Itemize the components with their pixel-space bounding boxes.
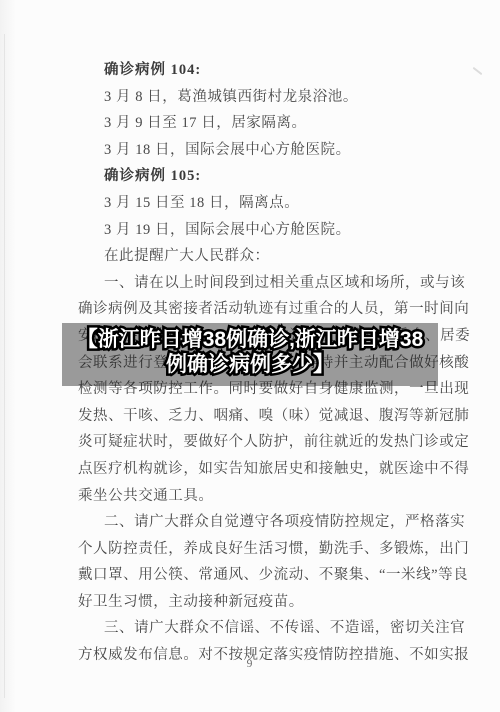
text-line: 三、请广大群众不信谣、不传谣、不造谣，密切关注官	[78, 615, 444, 642]
text-line: 3 月 18 日，国际会展中心方舱医院。	[78, 137, 444, 164]
watermark-line2: 例确诊病例多少】	[30, 352, 470, 377]
page-edge-shading	[0, 0, 16, 712]
text-line: 3 月 15 日至 18 日，隔离点。	[78, 190, 444, 217]
text-line: 个人防控责任，养成良好生活习惯，勤洗手、多锻炼，出门	[78, 536, 444, 563]
text-line: 发热、干咳、乏力、咽痛、嗅（味）觉减退、腹泻等新冠肺	[78, 403, 444, 430]
text-line: 炎可疑症状时，要做好个人防护，前往就近的发热门诊或定	[78, 429, 444, 456]
text-line: 二、请广大群众自觉遵守各项疫情防控规定，严格落实	[78, 509, 444, 536]
page-edge-line	[4, 34, 5, 698]
text-line: 点医疗机构就诊，如实告知旅居史和接触史，就医途中不得	[78, 456, 444, 483]
scanned-document-page: 确诊病例 104:3 月 8 日，葛渔城镇西街村龙泉浴池。3 月 9 日至 17…	[0, 0, 500, 712]
text-line: 确诊病例 105:	[78, 163, 444, 190]
text-line: 在此提醒广大人民群众：	[78, 243, 444, 270]
watermark-line1: 【浙江昨日增38例确诊,浙江昨日增38	[30, 327, 470, 352]
text-line: 乘坐公共交通工具。	[78, 483, 444, 510]
text-line: 3 月 19 日，国际会展中心方舱医院。	[78, 217, 444, 244]
text-line: 一、请在以上时间段到过相关重点区域和场所，或与该	[78, 270, 444, 297]
text-line: 3 月 8 日，葛渔城镇西街村龙泉浴池。	[78, 84, 444, 111]
page-number: 9	[0, 658, 500, 670]
text-line: 确诊病例及其密接者活动轨迹有过重合的人员，第一时间向	[78, 296, 444, 323]
scan-artifact	[473, 67, 483, 75]
text-line: 3 月 9 日至 17 日，居家隔离。	[78, 110, 444, 137]
watermark-caption: 【浙江昨日增38例确诊,浙江昨日增38 例确诊病例多少】	[30, 327, 470, 377]
text-line: 戴口罩、用公筷、常通风、少流动、不聚集、“一米线”等良	[78, 562, 444, 589]
text-line: 确诊病例 104:	[78, 57, 444, 84]
text-line: 好卫生习惯，主动接种新冠疫苗。	[78, 589, 444, 616]
